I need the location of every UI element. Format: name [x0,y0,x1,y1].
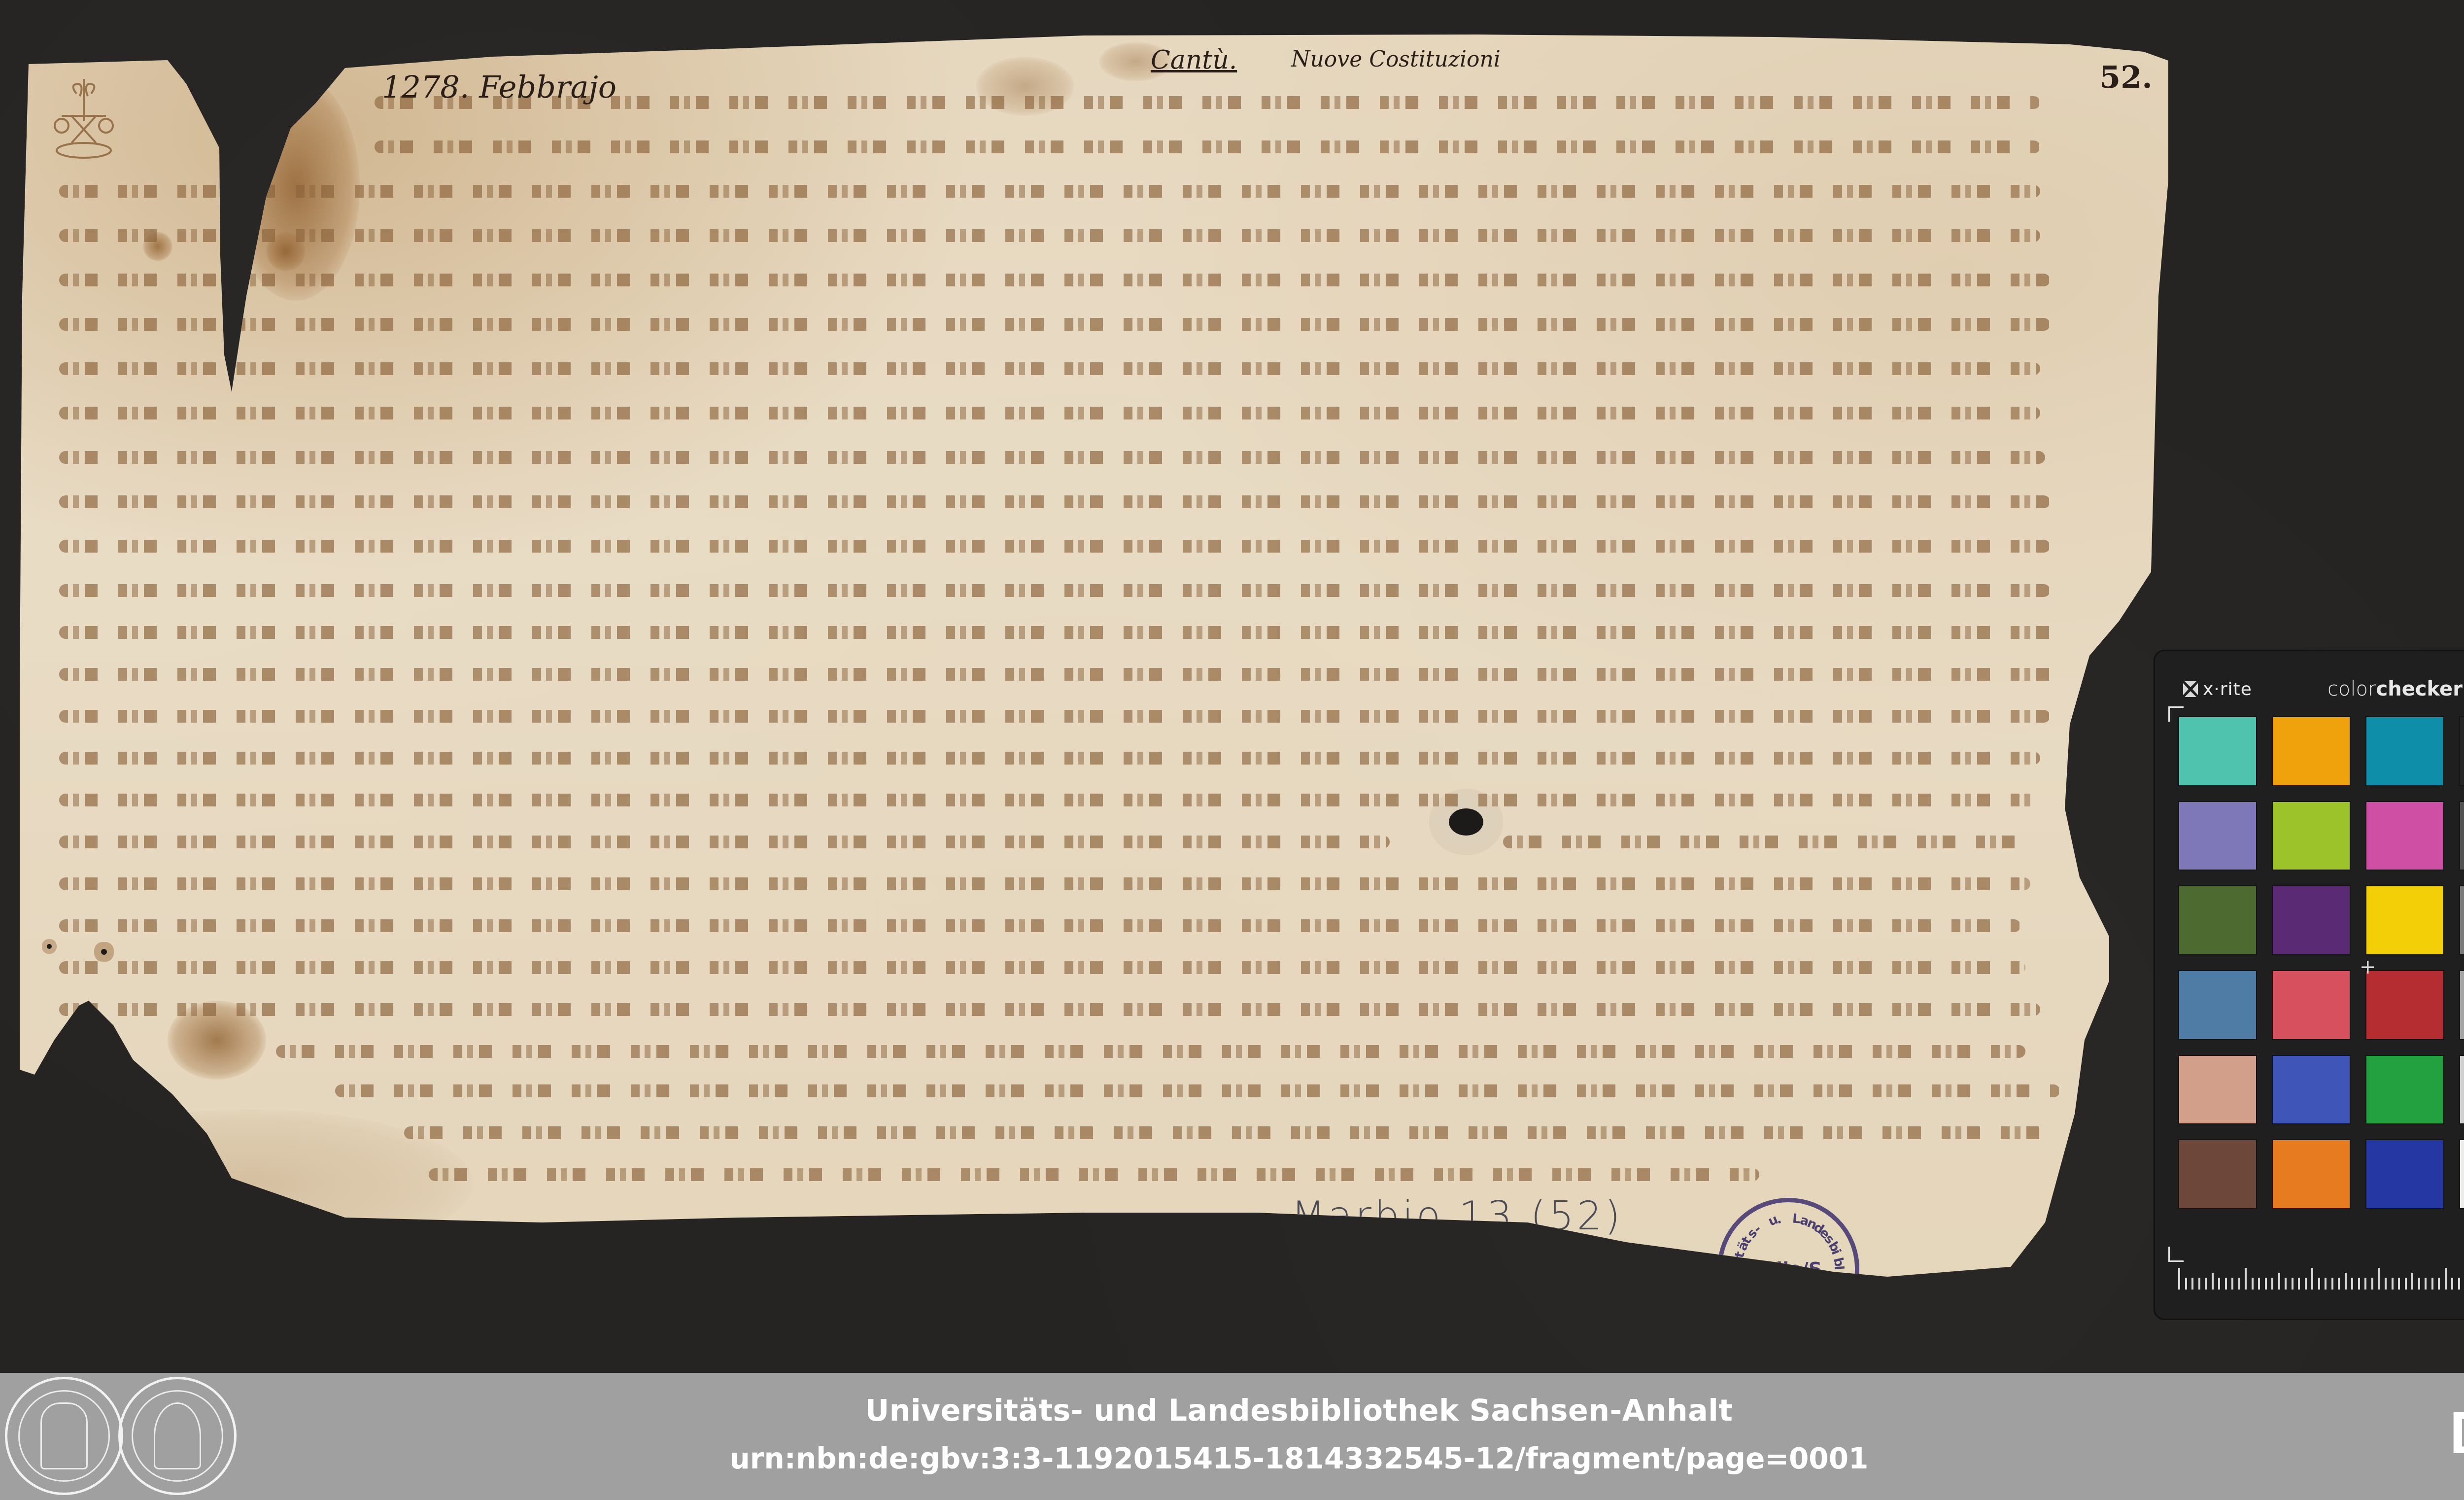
ruler-tick [2325,1278,2327,1290]
ruler-tick [2411,1273,2413,1290]
ruler-tick [2252,1278,2254,1290]
ruler-tick [2231,1278,2233,1290]
notarial-sign-icon [49,74,118,163]
ruler-tick [2338,1278,2340,1290]
ruler-tick [2425,1278,2427,1290]
color-patch [2459,970,2464,1040]
colorchecker-card: x·rite colorchecker CLASSIC + mm [2154,650,2464,1320]
ruler-tick [2392,1278,2394,1290]
ruler-tick [2271,1278,2273,1290]
ruler-tick [2285,1278,2287,1290]
color-patch [2365,970,2444,1040]
ruler-tick [2265,1278,2267,1290]
mm-ruler [2178,1267,2464,1290]
dfg-logo: DFG [2450,1403,2464,1463]
ruler-tick [2218,1278,2220,1290]
ruler-tick [2351,1278,2353,1290]
color-patch [2178,970,2257,1040]
ruler-tick [2278,1273,2280,1290]
color-patch [2365,801,2444,871]
parchment-hole [101,949,107,955]
xrite-brand-text: x·rite [2203,679,2252,699]
ruler-tick [2245,1268,2247,1290]
ruler-tick [2445,1268,2447,1290]
ruler-tick [2371,1278,2373,1290]
color-patch [2365,1055,2444,1125]
ruler-tick [2378,1268,2380,1290]
urn-identifier[interactable]: urn:nbn:de:gbv:3:3-1192015415-1814332545… [0,1442,2464,1475]
ruler-tick [2191,1278,2193,1290]
ruler-tick [2398,1278,2400,1290]
ruler-tick [2258,1278,2260,1290]
color-patch [2365,885,2444,955]
ruler-tick [2185,1278,2187,1290]
ruler-tick [2205,1278,2207,1290]
ruler-tick [2405,1278,2407,1290]
ruler-tick [2225,1278,2227,1290]
color-patch [2459,885,2464,955]
color-patch [2272,885,2351,955]
colorchecker-logo: colorchecker CLASSIC [2327,678,2464,700]
ruler-tick [2458,1278,2460,1290]
color-patch [2272,970,2351,1040]
ruler-tick [2345,1273,2347,1290]
color-patch [2459,716,2464,786]
color-patch [2459,801,2464,871]
parchment-hole [47,944,52,949]
color-patch [2178,1055,2257,1125]
color-patch-grid [2178,716,2464,1209]
ruler-tick [2331,1278,2333,1290]
ruler-tick [2305,1278,2307,1290]
color-patch [2459,1055,2464,1125]
color-patch [2365,1139,2444,1209]
color-patch [2272,1055,2351,1125]
color-patch [2272,716,2351,786]
place-annotation: Cantù. [1151,45,1237,75]
brand-bold-text: checker [2376,678,2462,700]
ruler-tick [2358,1278,2360,1290]
ruler-tick [2385,1278,2387,1290]
ruler-tick [2318,1278,2320,1290]
color-patch [2178,1139,2257,1209]
brand-light-text: color [2327,678,2376,700]
ruler-tick [2292,1278,2293,1290]
ruler-tick [2451,1278,2453,1290]
color-patch [2272,1139,2351,1209]
ruler-tick [2438,1278,2440,1290]
xrite-logo: x·rite [2183,679,2252,699]
folio-number: 52. [2099,59,2153,95]
color-patch [2178,801,2257,871]
color-patch [2459,1139,2464,1209]
color-patch [2178,716,2257,786]
date-annotation: 1278. Febbrajo [382,69,616,105]
ruler-tick [2178,1268,2180,1290]
ruler-tick [2298,1278,2300,1290]
parchment-hole [1449,808,1483,836]
institution-name: Universitäts- und Landesbibliothek Sachs… [0,1394,2464,1428]
crosshair-icon: + [2360,957,2376,977]
footer-bar: Universitäts- und Landesbibliothek Sachs… [0,1373,2464,1500]
color-patch [2365,716,2444,786]
subject-annotation: Nuove Costituzioni [1291,47,1501,72]
ruler-tick [2311,1268,2313,1290]
ruler-tick [2238,1278,2240,1290]
ruler-tick [2212,1273,2214,1290]
registration-corner [2168,1247,2184,1262]
ruler-tick [2364,1278,2366,1290]
color-patch [2272,801,2351,871]
xrite-mark-icon [2183,679,2198,699]
ruler-tick [2198,1278,2200,1290]
color-patch [2178,885,2257,955]
parchment-fragment: 1278. Febbrajo Cantù. Nuove Costituzioni… [0,0,2168,1373]
ruler-tick [2431,1278,2433,1290]
ruler-tick [2418,1278,2420,1290]
